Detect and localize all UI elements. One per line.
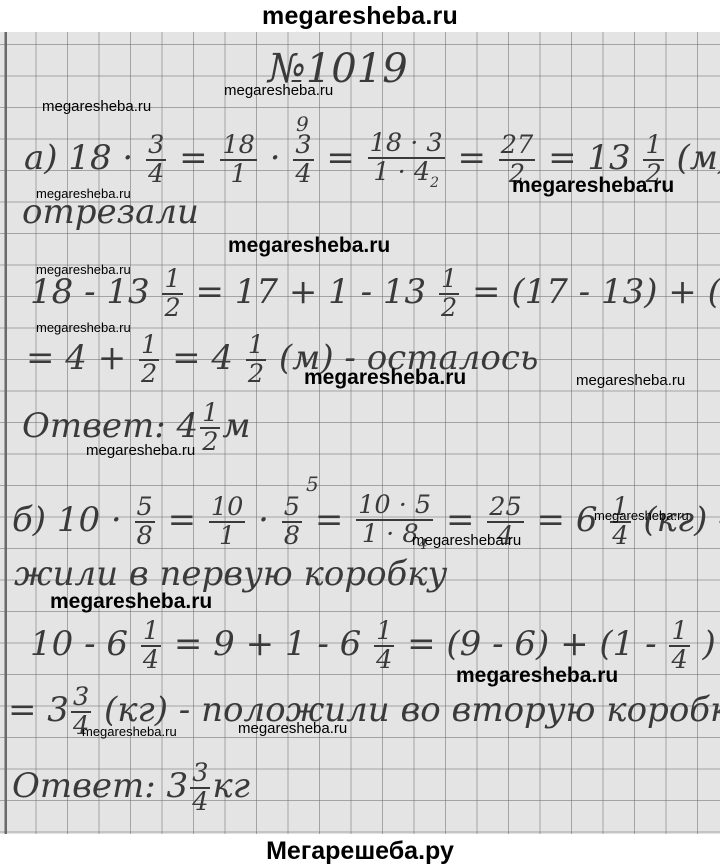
expr-text: = xyxy=(315,500,344,540)
watermark: megaresheba.ru xyxy=(86,442,195,459)
part-a-line-3: 18 - 13 12 = 17 + 1 - 13 12 = (17 - 13) … xyxy=(30,266,720,322)
watermark: megaresheba.ru xyxy=(50,590,212,614)
answer-unit: м xyxy=(222,406,250,446)
expr-text: 18 · xyxy=(68,138,133,178)
expr-text: = xyxy=(168,500,197,540)
expr-text: = 17 + 1 - 13 xyxy=(196,272,427,312)
watermark: megaresheba.ru xyxy=(42,98,151,115)
fraction: 58 xyxy=(282,494,302,550)
watermark: megaresheba.ru xyxy=(412,532,521,549)
expr-text: ) = 3 + xyxy=(702,624,720,664)
cancel-factor: 9 xyxy=(296,112,309,136)
fraction: 58 xyxy=(135,494,155,550)
expr-text: = xyxy=(326,138,355,178)
watermark: megaresheba.ru xyxy=(594,508,689,523)
expr-text: = 4 + xyxy=(26,338,126,378)
expr-text: = 4 xyxy=(172,338,233,378)
fraction: 12 xyxy=(139,332,159,388)
expr-text: = 9 + 1 - 6 xyxy=(174,624,361,664)
answer-unit: кг xyxy=(212,766,250,806)
answer-whole: 4 xyxy=(177,406,199,446)
fraction: 12 xyxy=(246,332,266,388)
expr-text: 10 - 6 xyxy=(30,624,128,664)
part-b-line-2: жили в первую коробку xyxy=(14,554,447,594)
expr-text: = 3 xyxy=(8,690,69,730)
margin-line xyxy=(5,32,7,834)
part-b-label: б) xyxy=(12,500,46,540)
fraction: 34 xyxy=(293,132,313,188)
fraction: 18 · 31 · 42 xyxy=(368,130,445,190)
site-header-title: megaresheba.ru xyxy=(0,0,720,32)
expr-text: · xyxy=(270,138,281,178)
fraction: 14 xyxy=(669,618,689,674)
notebook-page: №1019 а) 18 · 34 = 181 · 34 = 18 · 31 · … xyxy=(0,32,720,834)
site-footer-title: Мегарешеба.ру xyxy=(0,834,720,868)
cancel-factor: 5 xyxy=(306,472,319,496)
fraction: 12 xyxy=(439,266,459,322)
watermark: megaresheba.ru xyxy=(228,234,390,258)
expr-text: (кг) - положили во вторую коробку xyxy=(104,690,720,730)
fraction: 101 xyxy=(209,494,245,550)
watermark: megaresheba.ru xyxy=(238,720,347,737)
expr-text: = 13 xyxy=(548,138,631,178)
expr-text: = (9 - 6) + (1 - xyxy=(407,624,657,664)
fraction: 14 xyxy=(374,618,394,674)
watermark: megaresheba.ru xyxy=(224,82,333,99)
answer-label: Ответ: xyxy=(22,406,166,446)
expr-text: · xyxy=(258,500,269,540)
expr-text: (м) - xyxy=(676,138,720,178)
watermark: megaresheba.ru xyxy=(36,262,131,277)
fraction: 34 xyxy=(146,132,166,188)
answer-label: Ответ: xyxy=(12,766,156,806)
fraction: 12 xyxy=(200,400,220,456)
watermark: megaresheba.ru xyxy=(36,320,131,335)
expr-text: = 6 xyxy=(537,500,598,540)
fraction: 34 xyxy=(190,760,210,816)
expr-text: 18 - 13 xyxy=(30,272,150,312)
fraction: 12 xyxy=(162,266,182,322)
part-a-label: а) xyxy=(24,138,58,178)
watermark: megaresheba.ru xyxy=(304,366,466,390)
watermark: megaresheba.ru xyxy=(36,186,131,201)
watermark: megaresheba.ru xyxy=(576,372,685,389)
fraction: 14 xyxy=(141,618,161,674)
watermark: megaresheba.ru xyxy=(456,664,618,688)
answer-whole: 3 xyxy=(167,766,189,806)
watermark: megaresheba.ru xyxy=(512,174,674,198)
expr-text: = xyxy=(457,138,486,178)
expr-text: 10 · xyxy=(57,500,122,540)
watermark: megaresheba.ru xyxy=(82,724,177,739)
expr-text: = xyxy=(179,138,208,178)
expr-text: = (17 - 13) + (1 - xyxy=(472,272,720,312)
fraction: 181 xyxy=(220,132,256,188)
part-b-answer: Ответ: 334кг xyxy=(12,760,250,816)
